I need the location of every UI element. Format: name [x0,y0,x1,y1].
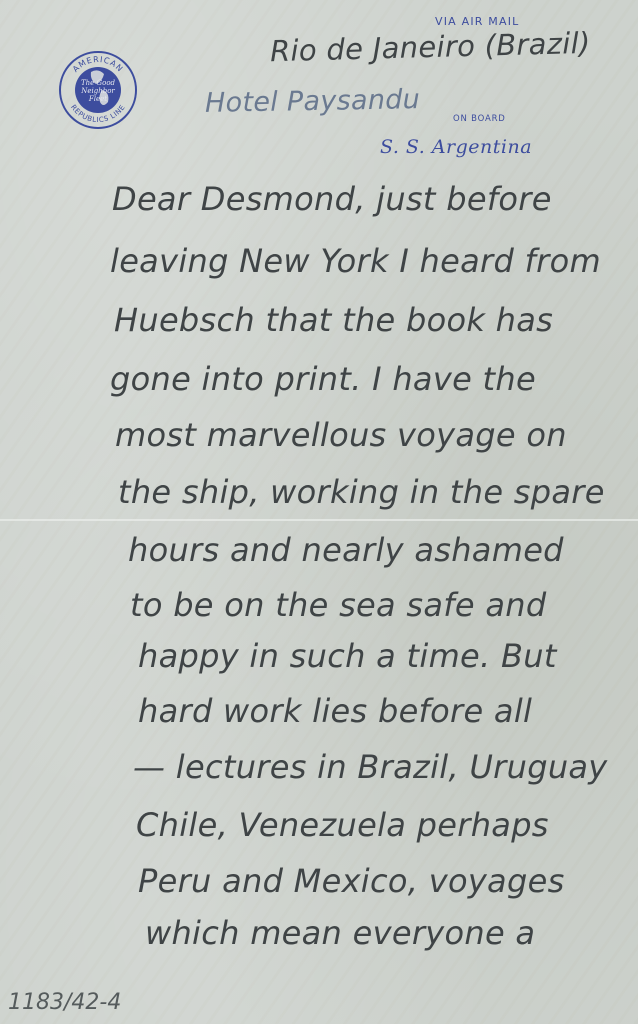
paper-fold-line [0,519,638,521]
letter-line: hard work lies before all [138,692,532,730]
svg-text:Neighbor: Neighbor [80,87,115,95]
letter-line: — lectures in Brazil, Uruguay [133,748,608,786]
letter-line: happy in such a time. But [138,637,557,675]
letter-line: gone into print. I have the [110,360,536,398]
letter-line: the ship, working in the spare [118,473,605,511]
archive-reference-number: 1183/42-4 [8,990,121,1015]
svg-text:The Good: The Good [81,79,116,87]
svg-text:Fleet: Fleet [88,95,107,103]
letter-line: to be on the sea safe and [130,586,546,624]
letter-line: Dear Desmond, just before [112,180,552,218]
ship-name: S. S. Argentina [380,136,532,158]
american-republics-line-seal-icon: AMERICAN REPUBLICS LINE The Good Neighbo… [58,50,138,130]
letter-line: leaving New York I heard from [110,242,601,280]
letter-line: hours and nearly ashamed [128,531,564,569]
on-board-label: ON BOARD [453,114,506,124]
letter-line: most marvellous voyage on [115,416,567,454]
letter-line: Huebsch that the book has [114,301,553,339]
letter-line: which mean everyone a [145,914,535,952]
letter-line: Chile, Venezuela perhaps [136,806,549,844]
via-air-mail-label: VIA AIR MAIL [435,15,520,28]
letter-line: Peru and Mexico, voyages [138,862,565,900]
handwritten-hotel: Hotel Paysandu [205,84,421,119]
